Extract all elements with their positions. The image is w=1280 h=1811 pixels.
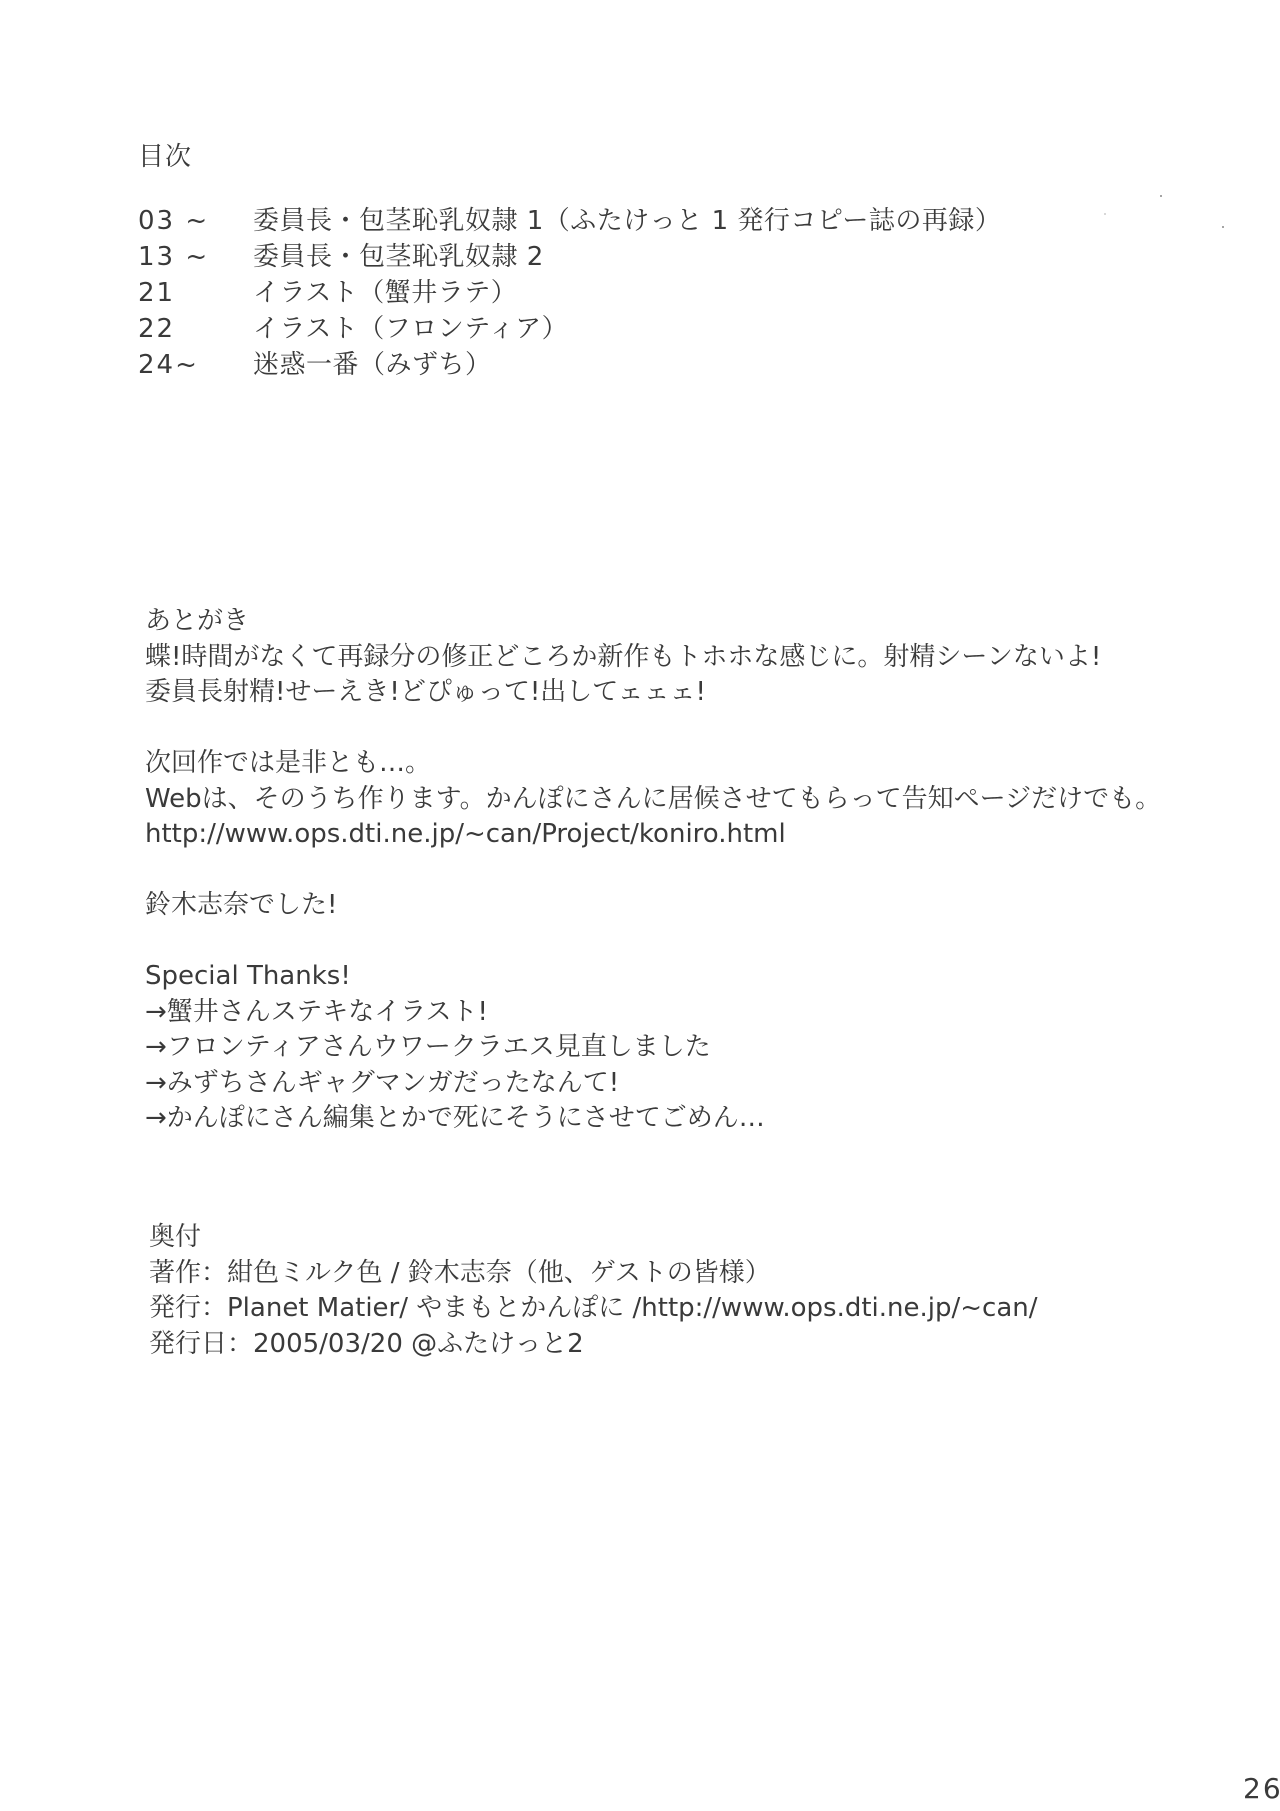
toc-entry-title: 迷惑一番（みずち） (253, 347, 492, 383)
thanks-item: →フロンティアさんウワークラエス見直しました (145, 1030, 1161, 1066)
thanks-item: →かんぽにさん編集とかで死にそうにさせてごめん… (145, 1101, 1161, 1137)
signoff: 鈴木志奈でした! (145, 888, 1161, 924)
colophon-section: 奥付 著作：紺色ミルク色 / 鈴木志奈（他、ゲストの皆様） 発行：Planet … (149, 1220, 1038, 1362)
toc-page-number: 13 ~ (138, 239, 253, 275)
colophon-author: 著作：紺色ミルク色 / 鈴木志奈（他、ゲストの皆様） (149, 1256, 1038, 1292)
scan-speck (1160, 195, 1162, 197)
toc-page-number: 24~ (138, 347, 253, 383)
paragraph-gap (145, 924, 1161, 960)
toc-entry-title: イラスト（フロンティア） (253, 311, 568, 347)
thanks-item: →蟹井さんステキなイラスト! (145, 995, 1161, 1031)
colophon-date: 発行日：2005/03/20 @ふたけっと2 (149, 1327, 1038, 1363)
colophon-heading: 奥付 (149, 1220, 1038, 1256)
toc-entry-title: 委員長・包茎恥乳奴隷 2 (253, 239, 544, 275)
paragraph-gap (145, 853, 1161, 889)
toc-entry: 03 ~ 委員長・包茎恥乳奴隷 1（ふたけっと 1 発行コピー誌の再録） (138, 203, 1001, 239)
toc-page-number: 21 (138, 275, 253, 311)
scan-speck (1222, 226, 1224, 228)
toc-entry-title: イラスト（蟹井ラテ） (253, 275, 517, 311)
afterword-heading: あとがき (145, 604, 1161, 640)
toc-page-number: 22 (138, 311, 253, 347)
table-of-contents: 03 ~ 委員長・包茎恥乳奴隷 1（ふたけっと 1 発行コピー誌の再録） 13 … (138, 203, 1001, 383)
toc-entry: 22 イラスト（フロンティア） (138, 311, 1001, 347)
scan-speck (1104, 213, 1106, 215)
toc-entry-title: 委員長・包茎恥乳奴隷 1（ふたけっと 1 発行コピー誌の再録） (253, 203, 1001, 239)
toc-entry: 21 イラスト（蟹井ラテ） (138, 275, 1001, 311)
toc-entry: 13 ~ 委員長・包茎恥乳奴隷 2 (138, 239, 1001, 275)
toc-entry: 24~ 迷惑一番（みずち） (138, 347, 1001, 383)
page-number: 26 (1243, 1772, 1280, 1805)
document-page: 目次 03 ~ 委員長・包茎恥乳奴隷 1（ふたけっと 1 発行コピー誌の再録） … (0, 0, 1280, 1811)
website-url: http://www.ops.dti.ne.jp/~can/Project/ko… (145, 817, 1161, 853)
colophon-publisher: 発行：Planet Matier/ やまもとかんぽに /http://www.o… (149, 1291, 1038, 1327)
afterword-text: 次回作では是非とも…。 (145, 746, 1161, 782)
afterword-section: あとがき 蝶!時間がなくて再録分の修正どころか新作もトホホな感じに。射精シーンな… (145, 604, 1161, 1137)
afterword-text: Webは、そのうち作ります。かんぽにさんに居候させてもらって告知ページだけでも。 (145, 782, 1161, 818)
special-thanks-heading: Special Thanks! (145, 959, 1161, 995)
paragraph-gap (145, 711, 1161, 747)
toc-page-number: 03 ~ (138, 203, 253, 239)
thanks-item: →みずちさんギャグマンガだったなんて! (145, 1066, 1161, 1102)
toc-heading: 目次 (138, 136, 192, 173)
afterword-text: 蝶!時間がなくて再録分の修正どころか新作もトホホな感じに。射精シーンないよ! (145, 640, 1161, 676)
afterword-text: 委員長射精!せーえき!どぴゅって!出してェェェ! (145, 675, 1161, 711)
